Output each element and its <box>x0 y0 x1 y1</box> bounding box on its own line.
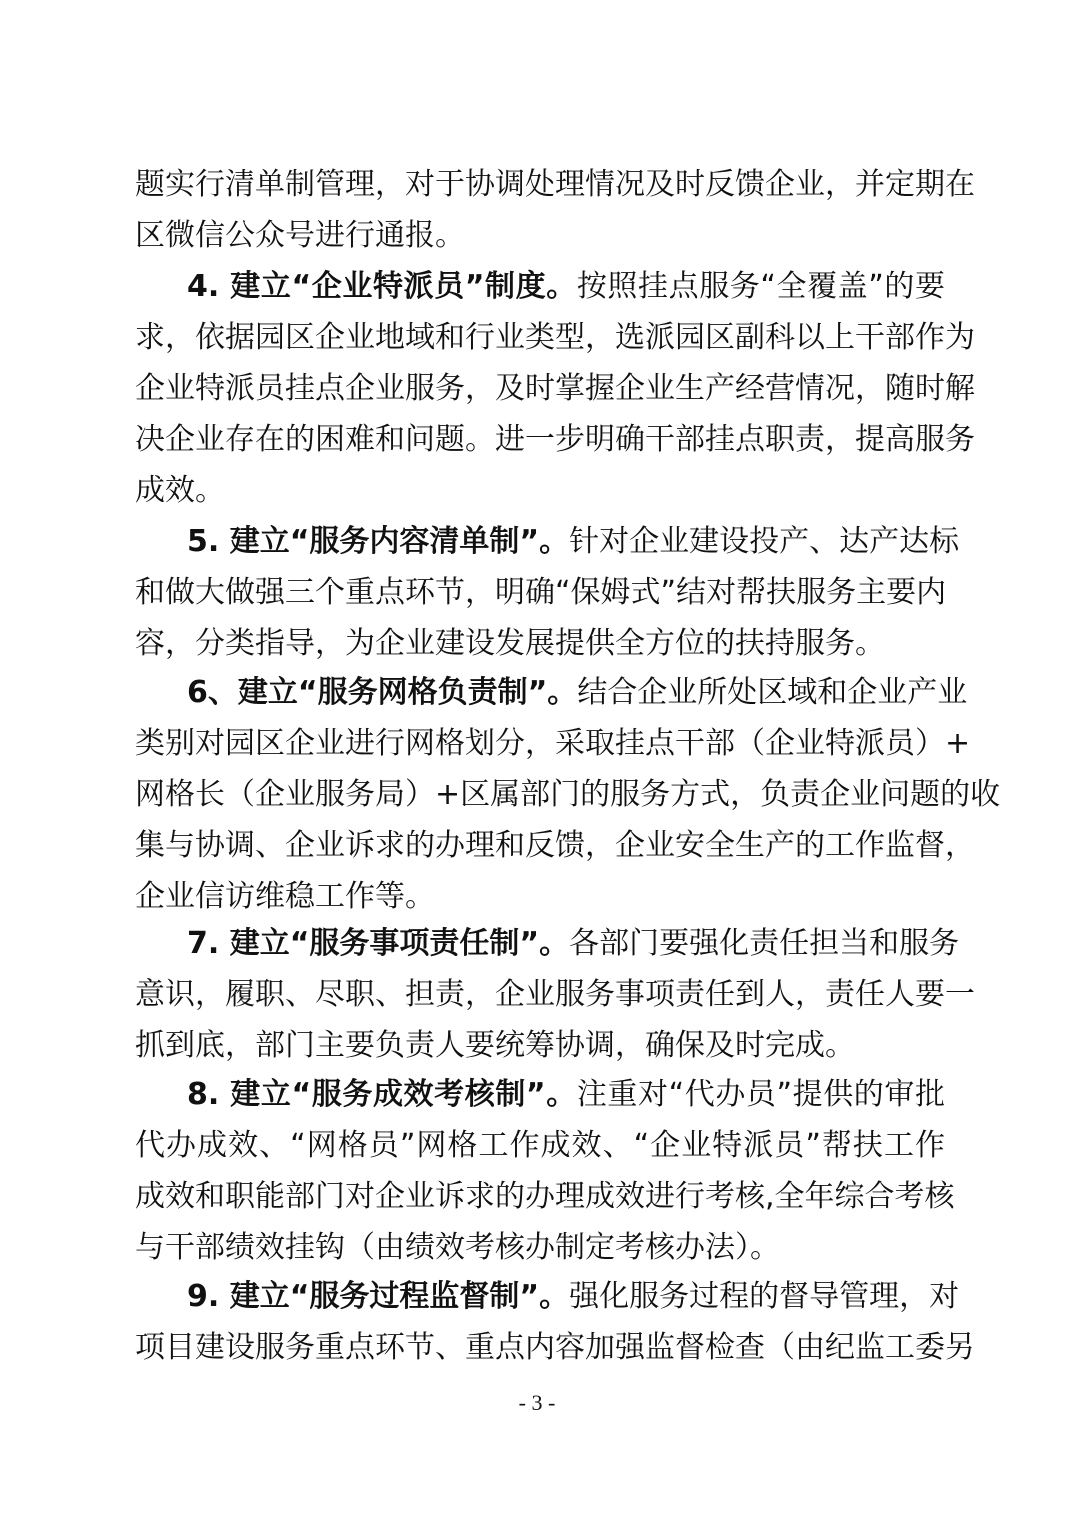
line-text: 类别对园区企业进行网格划分，采取挂点干部（企业特派员）+ <box>135 726 970 761</box>
text-line: 项目建设服务重点环节、重点内容加强监督检查（由纪监工委另 <box>135 1328 945 1368</box>
text-line: 类别对园区企业进行网格划分，采取挂点干部（企业特派员）+ <box>135 724 945 764</box>
text-line: 网格长（企业服务局）+区属部门的服务方式，负责企业问题的收 <box>135 775 945 815</box>
line-text: 意识，履职、尽职、担责，企业服务事项责任到人，责任人要一 <box>135 977 975 1012</box>
text-line: 决企业存在的困难和问题。进一步明确干部挂点职责，提高服务 <box>135 420 945 460</box>
section-9-heading-line: 9. 建立“服务过程监督制”。强化服务过程的督导管理，对 <box>187 1277 945 1317</box>
line-text: 成效和职能部门对企业诉求的办理成效进行考核,全年综合考核 <box>135 1179 955 1214</box>
line-text: 各部门要强化责任担当和服务 <box>569 926 959 961</box>
text-line: 企业特派员挂点企业服务，及时掌握企业生产经营情况，随时解 <box>135 369 945 409</box>
text-line: 抓到底，部门主要负责人要统筹协调，确保及时完成。 <box>135 1026 945 1066</box>
text-line: 成效。 <box>135 471 945 511</box>
text-line: 成效和职能部门对企业诉求的办理成效进行考核,全年综合考核 <box>135 1177 945 1217</box>
line-text: 网格长（企业服务局）+区属部门的服务方式，负责企业问题的收 <box>135 777 1000 812</box>
section-heading: 6、建立“服务网格负责制”。 <box>187 675 577 710</box>
line-text: 抓到底，部门主要负责人要统筹协调，确保及时完成。 <box>135 1028 855 1063</box>
text-line: 容，分类指导，为企业建设发展提供全方位的扶持服务。 <box>135 624 945 664</box>
line-text: 项目建设服务重点环节、重点内容加强监督检查（由纪监工委另 <box>135 1330 975 1365</box>
section-5-heading-line: 5. 建立“服务内容清单制”。针对企业建设投产、达产达标 <box>187 522 945 562</box>
line-text: 和做大做强三个重点环节，明确“保姆式”结对帮扶服务主要内 <box>135 575 946 610</box>
line-text: 题实行清单制管理，对于协调处理情况及时反馈企业，并定期在 <box>135 167 975 202</box>
line-text: 容，分类指导，为企业建设发展提供全方位的扶持服务。 <box>135 626 885 661</box>
line-text: 代办成效、“网格员”网格工作成效、“企业特派员”帮扶工作 <box>135 1128 945 1163</box>
section-heading: 5. 建立“服务内容清单制”。 <box>187 524 569 559</box>
line-text: 成效。 <box>135 473 225 508</box>
line-text: 求，依据园区企业地域和行业类型，选派园区副科以上干部作为 <box>135 320 975 355</box>
section-7-heading-line: 7. 建立“服务事项责任制”。各部门要强化责任担当和服务 <box>187 924 945 964</box>
line-text: 企业信访维稳工作等。 <box>135 879 435 914</box>
text-line: 求，依据园区企业地域和行业类型，选派园区副科以上干部作为 <box>135 318 945 358</box>
text-line: 题实行清单制管理，对于协调处理情况及时反馈企业，并定期在 <box>135 165 945 205</box>
text-line: 意识，履职、尽职、担责，企业服务事项责任到人，责任人要一 <box>135 975 945 1015</box>
section-heading: 4. 建立“企业特派员”制度。 <box>187 269 577 304</box>
section-heading: 8. 建立“服务成效考核制”。 <box>187 1077 577 1112</box>
document-page: 题实行清单制管理，对于协调处理情况及时反馈企业，并定期在 区微信公众号进行通报。… <box>0 0 1074 1520</box>
section-8-heading-line: 8. 建立“服务成效考核制”。注重对“代办员”提供的审批 <box>187 1075 945 1115</box>
section-heading: 9. 建立“服务过程监督制”。 <box>187 1279 569 1314</box>
line-text: 企业特派员挂点企业服务，及时掌握企业生产经营情况，随时解 <box>135 371 975 406</box>
line-text: 与干部绩效挂钩（由绩效考核办制定考核办法）。 <box>135 1230 780 1265</box>
section-6-heading-line: 6、建立“服务网格负责制”。结合企业所处区域和企业产业 <box>187 673 945 713</box>
line-text: 按照挂点服务“全覆盖”的要 <box>577 269 945 304</box>
section-heading: 7. 建立“服务事项责任制”。 <box>187 926 569 961</box>
line-text: 注重对“代办员”提供的审批 <box>577 1077 945 1112</box>
line-text: 集与协调、企业诉求的办理和反馈，企业安全生产的工作监督， <box>135 828 975 863</box>
line-text: 结合企业所处区域和企业产业 <box>577 675 967 710</box>
text-line: 代办成效、“网格员”网格工作成效、“企业特派员”帮扶工作 <box>135 1126 945 1166</box>
page-number: - 3 - <box>0 1390 1074 1416</box>
line-text: 决企业存在的困难和问题。进一步明确干部挂点职责，提高服务 <box>135 422 975 457</box>
text-line: 企业信访维稳工作等。 <box>135 877 945 917</box>
text-line: 和做大做强三个重点环节，明确“保姆式”结对帮扶服务主要内 <box>135 573 945 613</box>
text-line: 与干部绩效挂钩（由绩效考核办制定考核办法）。 <box>135 1228 945 1268</box>
text-line: 集与协调、企业诉求的办理和反馈，企业安全生产的工作监督， <box>135 826 945 866</box>
text-line: 区微信公众号进行通报。 <box>135 216 945 256</box>
line-text: 针对企业建设投产、达产达标 <box>569 524 959 559</box>
line-text: 强化服务过程的督导管理，对 <box>569 1279 959 1314</box>
line-text: 区微信公众号进行通报。 <box>135 218 465 253</box>
section-4-heading-line: 4. 建立“企业特派员”制度。按照挂点服务“全覆盖”的要 <box>187 267 945 307</box>
